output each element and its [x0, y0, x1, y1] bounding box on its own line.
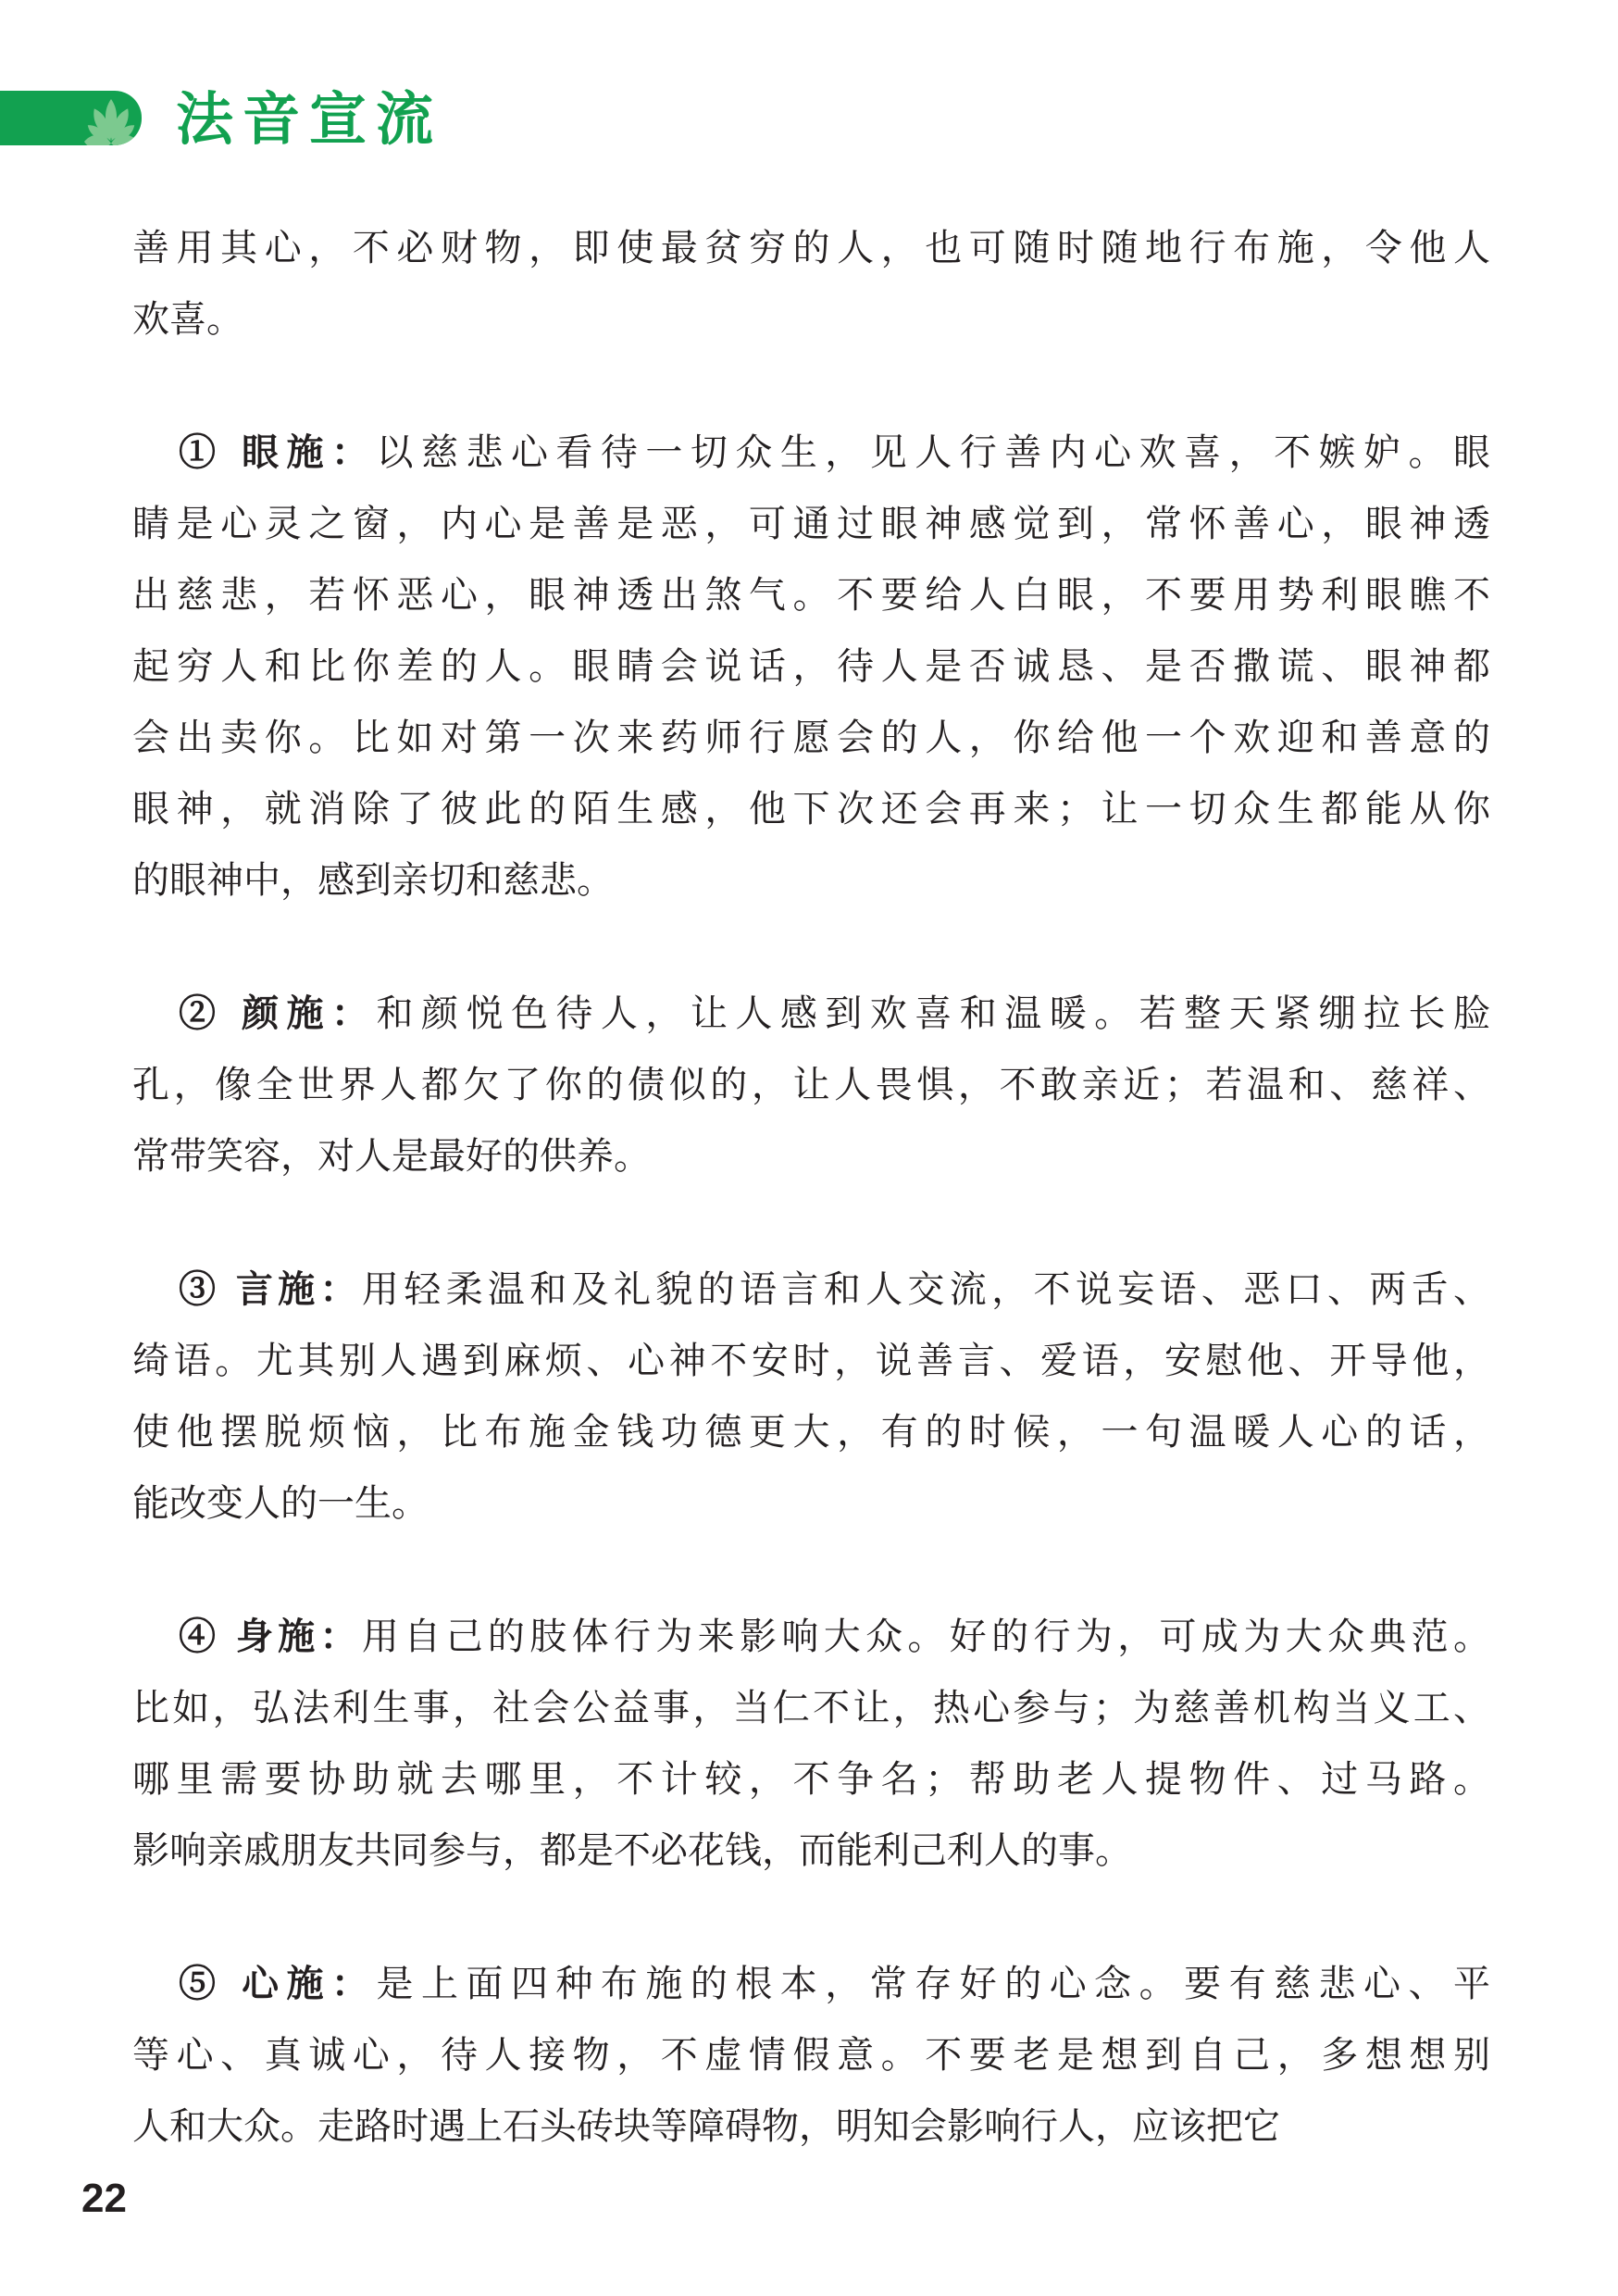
text-line: ④ 身施：用自己的肢体行为来影响大众。好的行为，可成为大众典范。	[132, 1602, 1490, 1673]
document-page: 法音宣流 善用其心，不必财物，即使最贫穷的人，也可随时随地行布施，令他人欢喜。①…	[0, 0, 1618, 2296]
text-line: 人和大众。走路时遇上石头砖块等障碍物，明知会影响行人，应该把它	[132, 2091, 1490, 2163]
paragraph-label: ③ 言施：	[179, 1269, 362, 1310]
paragraph-text: 和颜悦色待人，让人感到欢喜和温暖。若整天紧绷拉长脸	[377, 993, 1490, 1034]
paragraph: 善用其心，不必财物，即使最贫穷的人，也可随时随地行布施，令他人欢喜。	[132, 213, 1490, 356]
numbered-paragraph: ② 颜施：和颜悦色待人，让人感到欢喜和温暖。若整天紧绷拉长脸孔，像全世界人都欠了…	[132, 979, 1490, 1192]
paragraph-label: ② 颜施：	[179, 993, 377, 1034]
text-line: 孔，像全世界人都欠了你的债似的，让人畏惧，不敢亲近；若温和、慈祥、	[132, 1050, 1490, 1121]
text-line: 出慈悲，若怀恶心，眼神透出煞气。不要给人白眼，不要用势利眼瞧不	[132, 560, 1490, 631]
paragraph-text: 用轻柔温和及礼貌的语言和人交流，不说妄语、恶口、两舌、	[362, 1269, 1490, 1310]
text-line: 睛是心灵之窗，内心是善是恶，可通过眼神感觉到，常怀善心，眼神透	[132, 489, 1490, 560]
paragraph-text: 是上面四种布施的根本，常存好的心念。要有慈悲心、平	[377, 1964, 1490, 2004]
text-line: ① 眼施：以慈悲心看待一切众生，见人行善内心欢喜，不嫉妒。眼	[132, 418, 1490, 489]
text-body: 善用其心，不必财物，即使最贫穷的人，也可随时随地行布施，令他人欢喜。① 眼施：以…	[132, 213, 1490, 2163]
text-line: 欢喜。	[132, 284, 1490, 356]
text-line: 常带笑容，对人是最好的供养。	[132, 1121, 1490, 1192]
text-line: ③ 言施：用轻柔温和及礼貌的语言和人交流，不说妄语、恶口、两舌、	[132, 1254, 1490, 1326]
text-line: 会出卖你。比如对第一次来药师行愿会的人，你给他一个欢迎和善意的	[132, 703, 1490, 774]
paragraph-text: 用自己的肢体行为来影响大众。好的行为，可成为大众典范。	[362, 1616, 1490, 1657]
page-number: 22	[81, 2176, 127, 2222]
brand-bar	[0, 91, 142, 145]
paragraph-text: 以慈悲心看待一切众生，见人行善内心欢喜，不嫉妒。眼	[377, 432, 1490, 473]
text-line: 起穷人和比你差的人。眼睛会说话，待人是否诚恳、是否撒谎、眼神都	[132, 631, 1490, 703]
paragraph-label: ④ 身施：	[179, 1616, 362, 1657]
paragraph-label: ⑤ 心施：	[179, 1964, 377, 2004]
text-line: 影响亲戚朋友共同参与，都是不必花钱，而能利己利人的事。	[132, 1816, 1490, 1887]
text-line: ⑤ 心施：是上面四种布施的根本，常存好的心念。要有慈悲心、平	[132, 1949, 1490, 2020]
text-line: 比如，弘法利生事，社会公益事，当仁不让，热心参与；为慈善机构当义工、	[132, 1673, 1490, 1744]
text-line: 使他摆脱烦恼，比布施金钱功德更大，有的时候，一句温暖人心的话，	[132, 1397, 1490, 1468]
text-line: 哪里需要协助就去哪里，不计较，不争名；帮助老人提物件、过马路。	[132, 1744, 1490, 1816]
text-line: 等心、真诚心，待人接物，不虚情假意。不要老是想到自己，多想想别	[132, 2020, 1490, 2091]
lotus-icon	[82, 95, 140, 145]
text-line: 的眼神中，感到亲切和慈悲。	[132, 845, 1490, 917]
text-line: 眼神，就消除了彼此的陌生感，他下次还会再来；让一切众生都能从你	[132, 774, 1490, 845]
numbered-paragraph: ⑤ 心施：是上面四种布施的根本，常存好的心念。要有慈悲心、平等心、真诚心，待人接…	[132, 1949, 1490, 2163]
text-line: ② 颜施：和颜悦色待人，让人感到欢喜和温暖。若整天紧绷拉长脸	[132, 979, 1490, 1050]
paragraph-label: ① 眼施：	[179, 432, 377, 473]
text-line: 能改变人的一生。	[132, 1468, 1490, 1540]
text-line: 绮语。尤其别人遇到麻烦、心神不安时，说善言、爱语，安慰他、开导他，	[132, 1326, 1490, 1397]
numbered-paragraph: ④ 身施：用自己的肢体行为来影响大众。好的行为，可成为大众典范。比如，弘法利生事…	[132, 1602, 1490, 1887]
brand-title: 法音宣流	[176, 87, 442, 154]
numbered-paragraph: ③ 言施：用轻柔温和及礼貌的语言和人交流，不说妄语、恶口、两舌、绮语。尤其别人遇…	[132, 1254, 1490, 1540]
text-line: 善用其心，不必财物，即使最贫穷的人，也可随时随地行布施，令他人	[132, 213, 1490, 284]
numbered-paragraph: ① 眼施：以慈悲心看待一切众生，见人行善内心欢喜，不嫉妒。眼睛是心灵之窗，内心是…	[132, 418, 1490, 917]
